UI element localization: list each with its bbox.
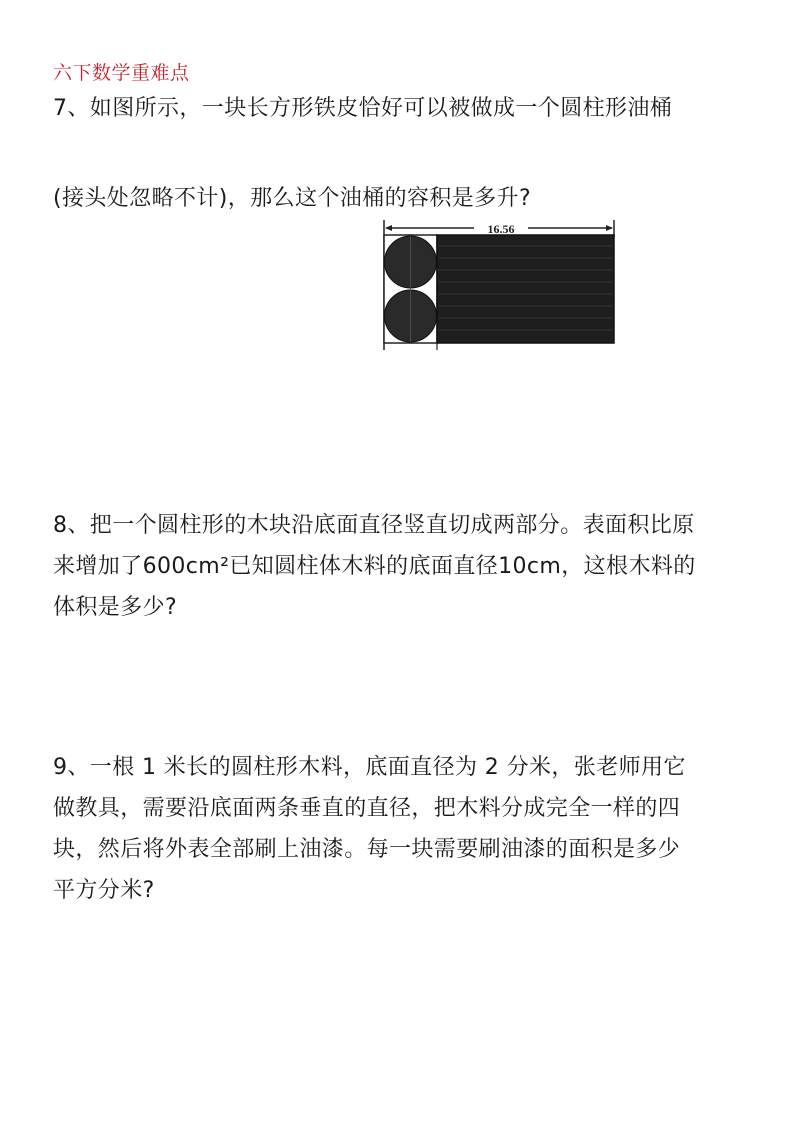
question-8-line-2: 来增加了600cm²已知圆柱体木料的底面直径10cm，这根木料的 xyxy=(53,546,753,587)
question-7-figure: 16.56 xyxy=(376,216,626,356)
question-8-line-3: 体积是多少? xyxy=(53,587,753,628)
question-7-line-1: 7、如图所示，一块长方形铁皮恰好可以被做成一个圆柱形油桶 xyxy=(53,88,753,129)
question-7-line-2: (接头处忽略不计)，那么这个油桶的容积是多升? xyxy=(53,178,753,219)
question-8: 8、把一个圆柱形的木块沿底面直径竖直切成两部分。表面积比原 来增加了600cm²… xyxy=(53,505,753,628)
question-9-line-2: 做教具，需要沿底面两条垂直的直径，把木料分成完全一样的四 xyxy=(53,788,753,829)
dimension-label: 16.56 xyxy=(488,222,515,236)
page-header: 六下数学重难点 xyxy=(53,58,190,85)
question-8-line-1: 8、把一个圆柱形的木块沿底面直径竖直切成两部分。表面积比原 xyxy=(53,505,753,546)
question-9-line-1: 9、一根 1 米长的圆柱形木料，底面直径为 2 分米，张老师用它 xyxy=(53,747,753,788)
question-9-line-3: 块，然后将外表全部刷上油漆。每一块需要刷油漆的面积是多少 xyxy=(53,829,753,870)
question-9-line-4: 平方分米? xyxy=(53,870,753,911)
question-9: 9、一根 1 米长的圆柱形木料，底面直径为 2 分米，张老师用它 做教具，需要沿… xyxy=(53,747,753,911)
